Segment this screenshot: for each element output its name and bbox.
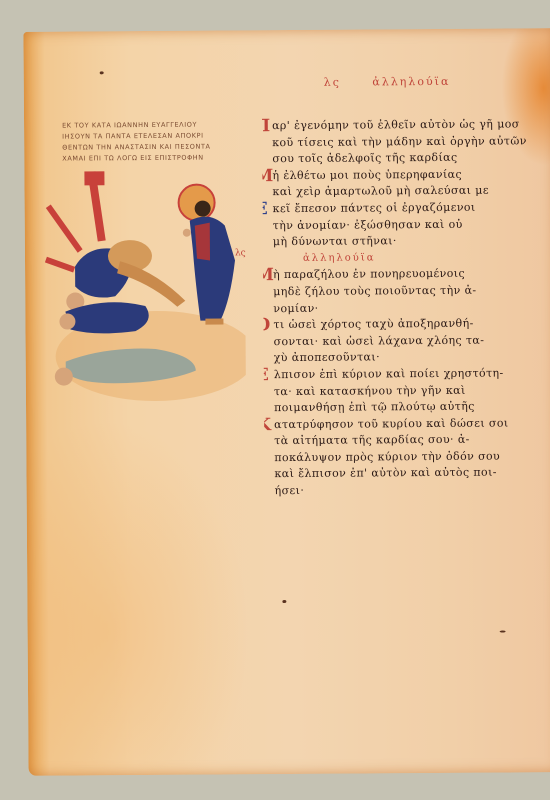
- text-line: μηδὲ ζήλου τοὺς ποιοῦντας τὴν ἀ-: [263, 282, 550, 301]
- line-text: καὶ χεὶρ ἁμαρτωλοῦ μὴ σαλεύσαι με: [272, 184, 488, 199]
- line-text: σονται· καὶ ὡσεὶ λάχανα χλόης τα-: [274, 333, 485, 347]
- line-text: ήσει·: [275, 484, 305, 497]
- text-line: μὴ δύνωνται στῆναι·: [263, 232, 550, 251]
- margin-note: λς: [235, 248, 246, 258]
- text-line: Μὴ παραζήλου ἐν πονηρευομένοις: [263, 266, 550, 285]
- line-text: λπισον ἐπὶ κύριον καὶ ποίει χρηστότη-: [274, 366, 504, 381]
- line-text: ὴ παραζήλου ἐν πονηρευομένοις: [273, 267, 465, 281]
- text-line: τὴν ἀνομίαν· ἐξώσθησαν καὶ οὐ: [263, 216, 550, 235]
- text-line: Ελπισον ἐπὶ κύριον καὶ ποίει χρηστότη-: [264, 365, 550, 384]
- text-line: τὰ αἰτήματα τῆς καρδίας σου· ἀ-: [264, 431, 550, 450]
- line-text: ποιμανθήσῃ ἐπὶ τῷ πλούτῳ αὐτῆς: [274, 400, 475, 414]
- text-line: σου τοῖς ἀδελφοῖς τῆς καρδίας: [262, 149, 550, 168]
- text-line: ποκάλυψον πρὸς κύριον τὴν ὁδόν σου: [264, 448, 550, 467]
- line-text: μηδὲ ζήλου τοὺς ποιοῦντας τὴν ἀ-: [273, 284, 476, 298]
- text-line: ήσει·: [265, 481, 550, 500]
- initial-letter: Μ: [262, 168, 273, 184]
- psalm-number: λς: [324, 76, 341, 89]
- line-text: νομίαν·: [273, 301, 318, 314]
- vellum-blemish: [282, 600, 286, 603]
- initial-letter: Ε: [264, 367, 269, 383]
- line-text: μὴ δύνωνται στῆναι·: [273, 234, 397, 248]
- line-text: κοῦ τίσεις καὶ τὴν μάδην καὶ ὀργὴν αὐτῶν: [272, 134, 527, 149]
- initial-letter: Μ: [263, 267, 274, 283]
- text-line: Εκεῖ ἔπεσον πάντες οἱ ἐργαζόμενοι: [263, 199, 550, 218]
- text-line: κοῦ τίσεις καὶ τὴν μάδην καὶ ὀργὴν αὐτῶν: [262, 133, 550, 152]
- subheading: ἀλληλούϊα: [263, 249, 550, 268]
- psalm-heading: λς ἀλληλούϊα: [324, 75, 451, 89]
- line-text: χὺ ἀποπεσοῦνται·: [274, 351, 380, 365]
- psalm-title: ἀλληλούϊα: [372, 75, 450, 89]
- text-line: τα· καὶ κατασκήνου τὴν γῆν καὶ: [264, 382, 550, 401]
- text-line: Μἡ ἐλθέτω μοι ποὺς ὑπερηφανίας: [262, 166, 550, 185]
- vellum-blemish: [100, 71, 104, 74]
- text-line: νομίαν·: [263, 299, 550, 318]
- text-line: καὶ χεὶρ ἁμαρτωλοῦ μὴ σαλεύσαι με: [262, 183, 550, 202]
- miniature-illustration: [44, 170, 246, 411]
- text-line: Οτι ὡσεὶ χόρτος ταχὺ ἀποξηρανθή-: [263, 315, 550, 334]
- text-line: σονται· καὶ ὡσεὶ λάχανα χλόης τα-: [264, 332, 550, 351]
- line-text: τι ὡσεὶ χόρτος ταχὺ ἀποξηρανθή-: [273, 317, 473, 331]
- caption-line: ΧΑΜΑΙ ΕΠΙ ΤΩ ΛΟΓΩ ΕΙΣ ΕΠΙΣΤΡΟΦΗΝ: [62, 152, 242, 164]
- text-line: Κατατρύφησον τοῦ κυρίου καὶ δώσει σοι: [264, 415, 550, 434]
- line-text: ἡ ἐλθέτω μοι ποὺς ὑπερηφανίας: [272, 168, 462, 182]
- text-line: χὺ ἀποπεσοῦνται·: [264, 348, 550, 367]
- line-text: τα· καὶ κατασκήνου τὴν γῆν καὶ: [274, 383, 466, 397]
- line-text: αρ' ἐγενόμην τοῦ ἐλθεῖν αὐτὸν ὡς γῆ μοσ: [272, 117, 520, 132]
- initial-letter: Ο: [263, 317, 270, 333]
- text-line: ποιμανθήσῃ ἐπὶ τῷ πλούτῳ αὐτῆς: [264, 398, 550, 417]
- line-text: κεῖ ἔπεσον πάντες οἱ ἐργαζόμενοι: [273, 201, 476, 215]
- initial-letter: Κ: [264, 417, 271, 433]
- initial-letter: Π: [262, 118, 271, 134]
- initial-letter: Ε: [263, 201, 268, 217]
- line-text: ατατρύφησον τοῦ κυρίου καὶ δώσει σοι: [274, 416, 508, 431]
- line-text: καὶ ἔλπισον ἐπ' αὐτὸν καὶ αὐτὸς ποι-: [274, 466, 496, 481]
- line-text: τὰ αἰτήματα τῆς καρδίας σου· ἀ-: [274, 433, 470, 447]
- psalm-text: Παρ' ἐγενόμην τοῦ ἐλθεῖν αὐτὸν ὡς γῆ μοσ…: [262, 116, 550, 500]
- text-line: Παρ' ἐγενόμην τοῦ ἐλθεῖν αὐτὸν ὡς γῆ μοσ: [262, 116, 550, 135]
- vellum-blemish: [500, 631, 506, 633]
- text-line: καὶ ἔλπισον ἐπ' αὐτὸν καὶ αὐτὸς ποι-: [264, 465, 550, 484]
- manuscript-page: λς ἀλληλούϊα ΕΚ ΤΟΥ ΚΑΤΑ ΙΩΑΝΝΗΝ ΕΥΑΓΓΕΛ…: [23, 28, 550, 776]
- miniature-caption: ΕΚ ΤΟΥ ΚΑΤΑ ΙΩΑΝΝΗΝ ΕΥΑΓΓΕΛΙΟΥ ΙΗΣΟΥΝ ΤΑ…: [62, 119, 242, 164]
- line-text: ποκάλυψον πρὸς κύριον τὴν ὁδόν σου: [274, 449, 500, 464]
- line-text: σου τοῖς ἀδελφοῖς τῆς καρδίας: [272, 151, 457, 165]
- line-text: τὴν ἀνομίαν· ἐξώσθησαν καὶ οὐ: [273, 217, 463, 231]
